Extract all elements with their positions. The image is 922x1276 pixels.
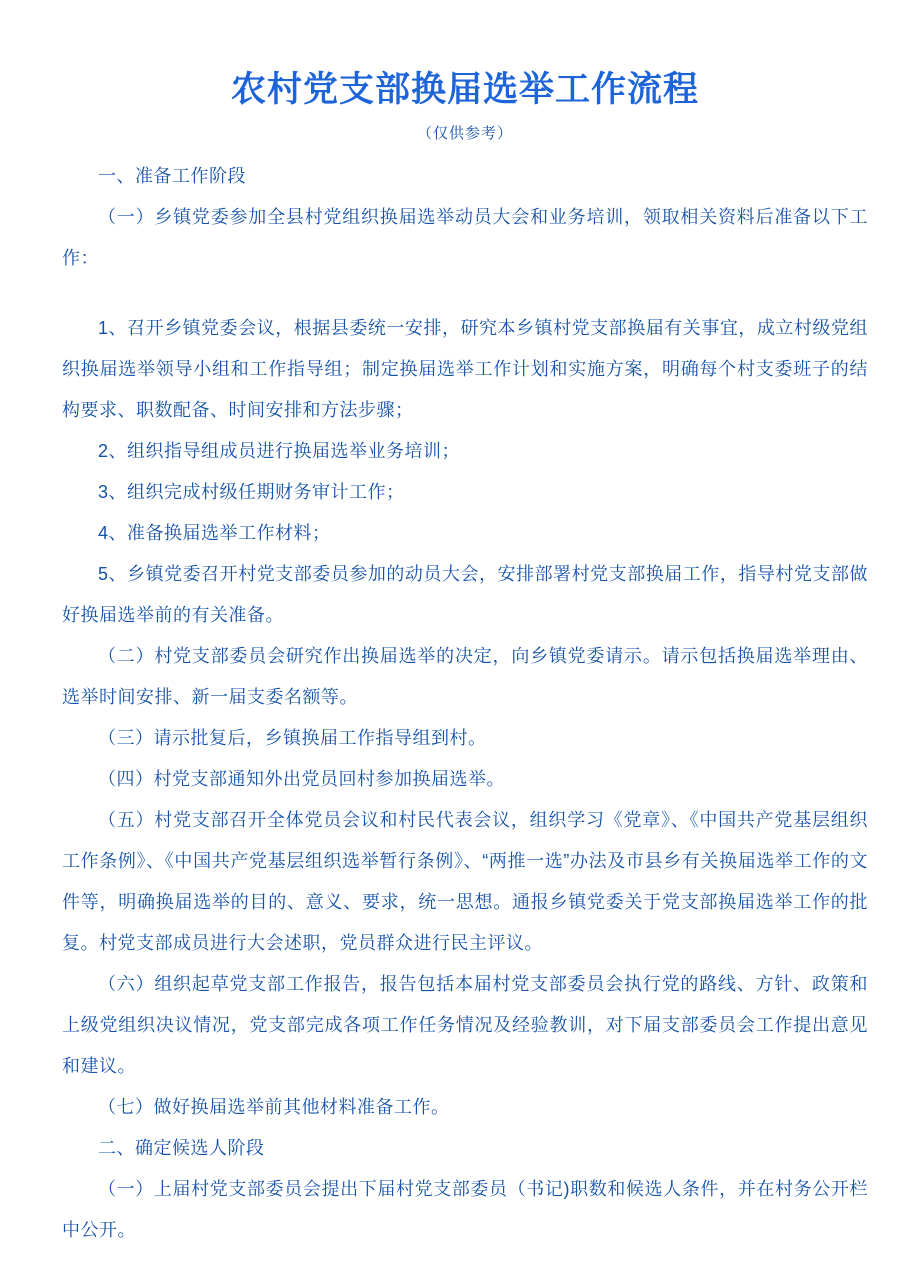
stage-heading-1: 一、准备工作阶段: [62, 156, 868, 197]
paragraph: （一）上届村党支部委员会提出下届村党支部委员（书记)职数和候选人条件，并在村务公…: [62, 1169, 868, 1251]
document-page: 农村党支部换届选举工作流程 （仅供参考） 一、准备工作阶段 （一）乡镇党委参加全…: [0, 0, 922, 1276]
paragraph: 3、组织完成村级任期财务审计工作；: [62, 472, 868, 513]
paragraph: 5、乡镇党委召开村党支部委员参加的动员大会，安排部署村党支部换届工作，指导村党支…: [62, 554, 868, 636]
paragraph: 4、准备换届选举工作材料；: [62, 513, 868, 554]
paragraph: （六）组织起草党支部工作报告，报告包括本届村党支部委员会执行党的路线、方针、政策…: [62, 964, 868, 1087]
paragraph: （一）乡镇党委参加全县村党组织换届选举动员大会和业务培训，领取相关资料后准备以下…: [62, 197, 868, 279]
paragraph: （三）请示批复后，乡镇换届工作指导组到村。: [62, 718, 868, 759]
paragraph: （四）村党支部通知外出党员回村参加换届选举。: [62, 759, 868, 800]
document-body: 一、准备工作阶段 （一）乡镇党委参加全县村党组织换届选举动员大会和业务培训，领取…: [62, 156, 868, 1251]
paragraph: （七）做好换届选举前其他材料准备工作。: [62, 1087, 868, 1128]
stage-heading-2: 二、确定候选人阶段: [62, 1128, 868, 1169]
blank-line: [62, 279, 868, 308]
document-subtitle: （仅供参考）: [62, 120, 868, 148]
paragraph: 1、召开乡镇党委会议，根据县委统一安排，研究本乡镇村党支部换届有关事宜，成立村级…: [62, 308, 868, 431]
paragraph: （二）村党支部委员会研究作出换届选举的决定，向乡镇党委请示。请示包括换届选举理由…: [62, 636, 868, 718]
document-title: 农村党支部换届选举工作流程: [62, 66, 868, 114]
paragraph: （五）村党支部召开全体党员会议和村民代表会议，组织学习《党章》、《中国共产党基层…: [62, 800, 868, 964]
paragraph: 2、组织指导组成员进行换届选举业务培训；: [62, 431, 868, 472]
